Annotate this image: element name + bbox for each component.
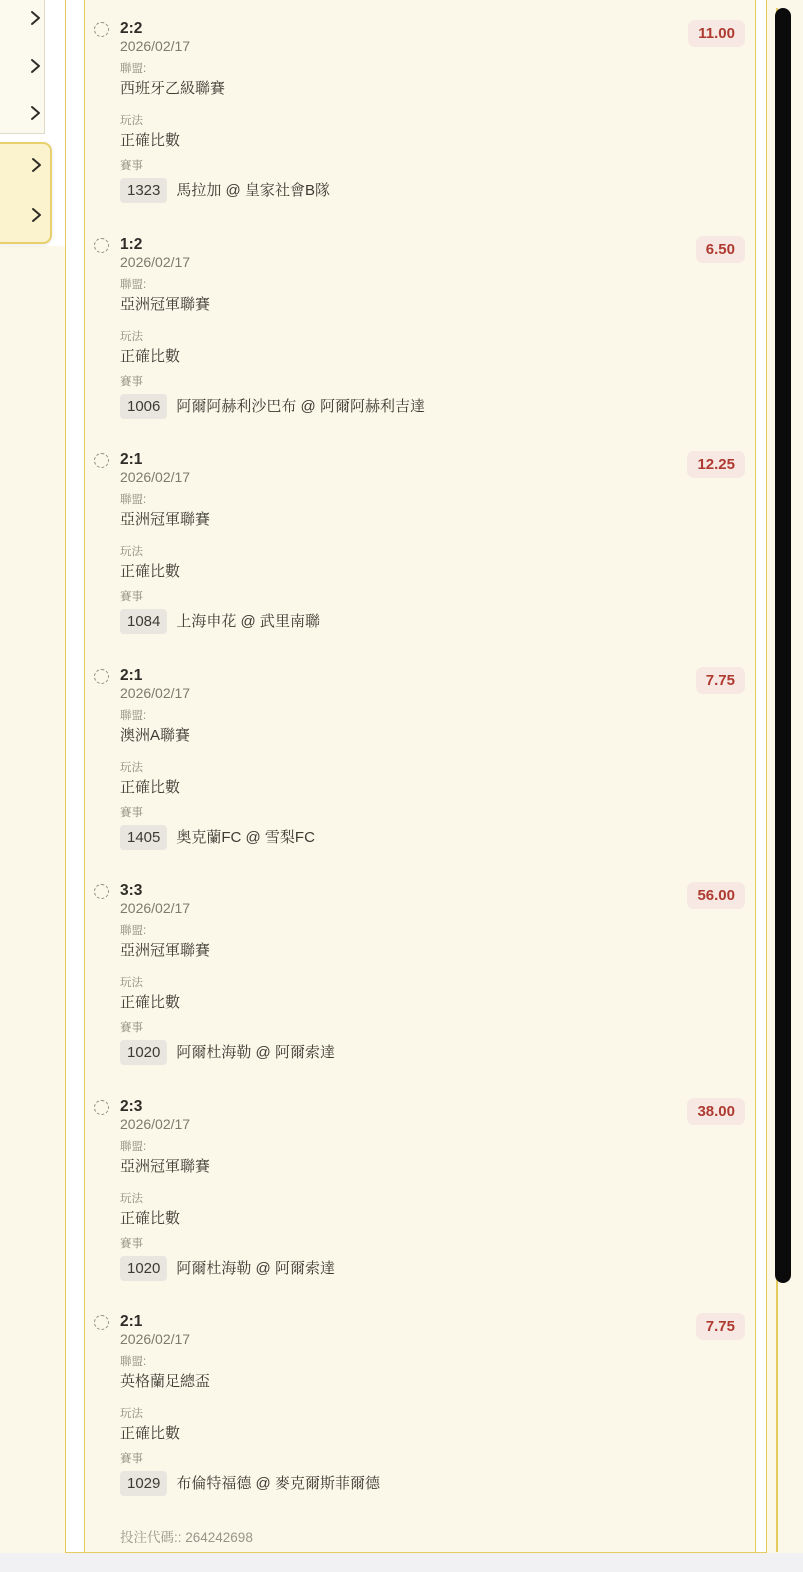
sidebar-expand-button[interactable] xyxy=(25,9,45,29)
event-code-badge: 1084 xyxy=(120,609,167,634)
event-name: 馬拉加 @ 皇家社會B隊 xyxy=(176,181,330,200)
league-label: 聯盟: xyxy=(120,493,146,507)
event-code-badge: 1323 xyxy=(120,178,167,203)
play-type-value: 正確比數 xyxy=(120,562,180,581)
event-label: 賽事 xyxy=(120,590,143,604)
bet-date: 2026/02/17 xyxy=(120,37,190,55)
league-label: 聯盟: xyxy=(120,278,146,292)
event-label: 賽事 xyxy=(120,375,143,389)
bet-score: 2:3 xyxy=(120,1097,142,1117)
bet-item: 2:1 2026/02/17 聯盟: 亞洲冠軍聯賽 玩法 正確比數 賽事 108… xyxy=(94,453,745,665)
bet-item: 2:3 2026/02/17 聯盟: 亞洲冠軍聯賽 玩法 正確比數 賽事 102… xyxy=(94,1100,745,1312)
event-label: 賽事 xyxy=(120,159,143,173)
league-name: 英格蘭足總盃 xyxy=(120,1372,210,1391)
league-label: 聯盟: xyxy=(120,709,146,723)
bet-date: 2026/02/17 xyxy=(120,1330,190,1348)
play-type-value: 正確比數 xyxy=(120,131,180,150)
bet-checkbox[interactable] xyxy=(94,1100,109,1115)
event-label: 賽事 xyxy=(120,806,143,820)
bet-score: 2:1 xyxy=(120,1312,142,1332)
bet-checkbox[interactable] xyxy=(94,884,109,899)
play-type-value: 正確比數 xyxy=(120,347,180,366)
odds-badge: 7.75 xyxy=(696,1313,745,1340)
sidebar-active-group xyxy=(0,142,52,244)
league-name: 亞洲冠軍聯賽 xyxy=(120,295,210,314)
play-type-label: 玩法 xyxy=(120,761,143,775)
bet-score: 2:2 xyxy=(120,19,142,39)
play-type-label: 玩法 xyxy=(120,1192,143,1206)
play-type-label: 玩法 xyxy=(120,114,143,128)
event-row: 1084 上海申花 @ 武里南聯 xyxy=(120,609,320,634)
event-name: 阿爾杜海勒 @ 阿爾索達 xyxy=(176,1259,335,1278)
bet-score: 2:1 xyxy=(120,666,142,686)
bet-checkbox[interactable] xyxy=(94,1315,109,1330)
event-label: 賽事 xyxy=(120,1452,143,1466)
bet-score: 1:2 xyxy=(120,235,142,255)
sidebar-expand-button-active[interactable] xyxy=(26,156,46,176)
event-code-badge: 1029 xyxy=(120,1471,167,1496)
event-code-badge: 1020 xyxy=(120,1256,167,1281)
bet-checkbox[interactable] xyxy=(94,453,109,468)
event-row: 1323 馬拉加 @ 皇家社會B隊 xyxy=(120,178,330,203)
bet-item: 2:1 2026/02/17 聯盟: 澳洲A聯賽 玩法 正確比數 賽事 1405… xyxy=(94,669,745,881)
event-code-badge: 1006 xyxy=(120,394,167,419)
bottom-strip xyxy=(0,1553,803,1572)
event-row: 1029 布倫特福德 @ 麥克爾斯菲爾德 xyxy=(120,1471,380,1496)
bet-checkbox[interactable] xyxy=(94,22,109,37)
bet-code-text: 投注代碼:: 264242698 xyxy=(120,1529,253,1546)
chevron-right-icon xyxy=(28,206,44,227)
play-type-label: 玩法 xyxy=(120,1407,143,1421)
bet-checkbox[interactable] xyxy=(94,238,109,253)
bet-date: 2026/02/17 xyxy=(120,468,190,486)
odds-badge: 12.25 xyxy=(687,451,745,478)
chevron-right-icon xyxy=(27,104,43,125)
bet-item: 1:2 2026/02/17 聯盟: 亞洲冠軍聯賽 玩法 正確比數 賽事 100… xyxy=(94,238,745,450)
play-type-label: 玩法 xyxy=(120,976,143,990)
league-name: 亞洲冠軍聯賽 xyxy=(120,1157,210,1176)
event-row: 1405 奥克蘭FC @ 雪梨FC xyxy=(120,825,315,850)
league-name: 亞洲冠軍聯賽 xyxy=(120,510,210,529)
event-row: 1020 阿爾杜海勒 @ 阿爾索達 xyxy=(120,1040,335,1065)
event-name: 上海申花 @ 武里南聯 xyxy=(176,612,320,631)
play-type-value: 正確比數 xyxy=(120,778,180,797)
league-label: 聯盟: xyxy=(120,1140,146,1154)
event-name: 奥克蘭FC @ 雪梨FC xyxy=(176,828,315,847)
bet-score: 3:3 xyxy=(120,881,142,901)
league-name: 亞洲冠軍聯賽 xyxy=(120,941,210,960)
event-row: 1020 阿爾杜海勒 @ 阿爾索達 xyxy=(120,1256,335,1281)
bet-date: 2026/02/17 xyxy=(120,684,190,702)
play-type-value: 正確比數 xyxy=(120,1424,180,1443)
league-name: 澳洲A聯賽 xyxy=(120,726,190,745)
odds-badge: 6.50 xyxy=(696,236,745,263)
bet-item: 2:1 2026/02/17 聯盟: 英格蘭足總盃 玩法 正確比數 賽事 102… xyxy=(94,1315,745,1527)
event-code-badge: 1405 xyxy=(120,825,167,850)
event-name: 阿爾阿赫利沙巴布 @ 阿爾阿赫利吉達 xyxy=(176,397,425,416)
chevron-right-icon xyxy=(28,156,44,177)
event-row: 1006 阿爾阿赫利沙巴布 @ 阿爾阿赫利吉達 xyxy=(120,394,425,419)
bet-item: 3:3 2026/02/17 聯盟: 亞洲冠軍聯賽 玩法 正確比數 賽事 102… xyxy=(94,884,745,1096)
event-name: 阿爾杜海勒 @ 阿爾索達 xyxy=(176,1043,335,1062)
sidebar-expand-button-active[interactable] xyxy=(26,206,46,226)
event-name: 布倫特福德 @ 麥克爾斯菲爾德 xyxy=(176,1474,380,1493)
chevron-right-icon xyxy=(27,57,43,78)
chevron-right-icon xyxy=(27,9,43,30)
play-type-label: 玩法 xyxy=(120,545,143,559)
play-type-value: 正確比數 xyxy=(120,993,180,1012)
event-code-badge: 1020 xyxy=(120,1040,167,1065)
odds-badge: 7.75 xyxy=(696,667,745,694)
bet-date: 2026/02/17 xyxy=(120,253,190,271)
bet-date: 2026/02/17 xyxy=(120,1115,190,1133)
league-label: 聯盟: xyxy=(120,62,146,76)
bet-date: 2026/02/17 xyxy=(120,899,190,917)
play-type-label: 玩法 xyxy=(120,330,143,344)
event-label: 賽事 xyxy=(120,1021,143,1035)
bet-checkbox[interactable] xyxy=(94,669,109,684)
bet-item: 2:2 2026/02/17 聯盟: 西班牙乙級聯賽 玩法 正確比數 賽事 13… xyxy=(94,22,745,234)
odds-badge: 56.00 xyxy=(687,882,745,909)
event-label: 賽事 xyxy=(120,1237,143,1251)
league-name: 西班牙乙級聯賽 xyxy=(120,79,225,98)
play-type-value: 正確比數 xyxy=(120,1209,180,1228)
odds-badge: 11.00 xyxy=(688,20,745,47)
league-label: 聯盟: xyxy=(120,924,146,938)
bet-score: 2:1 xyxy=(120,450,142,470)
sidebar-expand-button[interactable] xyxy=(25,57,45,77)
sidebar-collapsed-panel xyxy=(0,0,45,134)
sidebar-expand-button[interactable] xyxy=(25,104,45,124)
league-label: 聯盟: xyxy=(120,1355,146,1369)
odds-badge: 38.00 xyxy=(687,1098,745,1125)
scrollbar-thumb[interactable] xyxy=(775,8,791,1283)
